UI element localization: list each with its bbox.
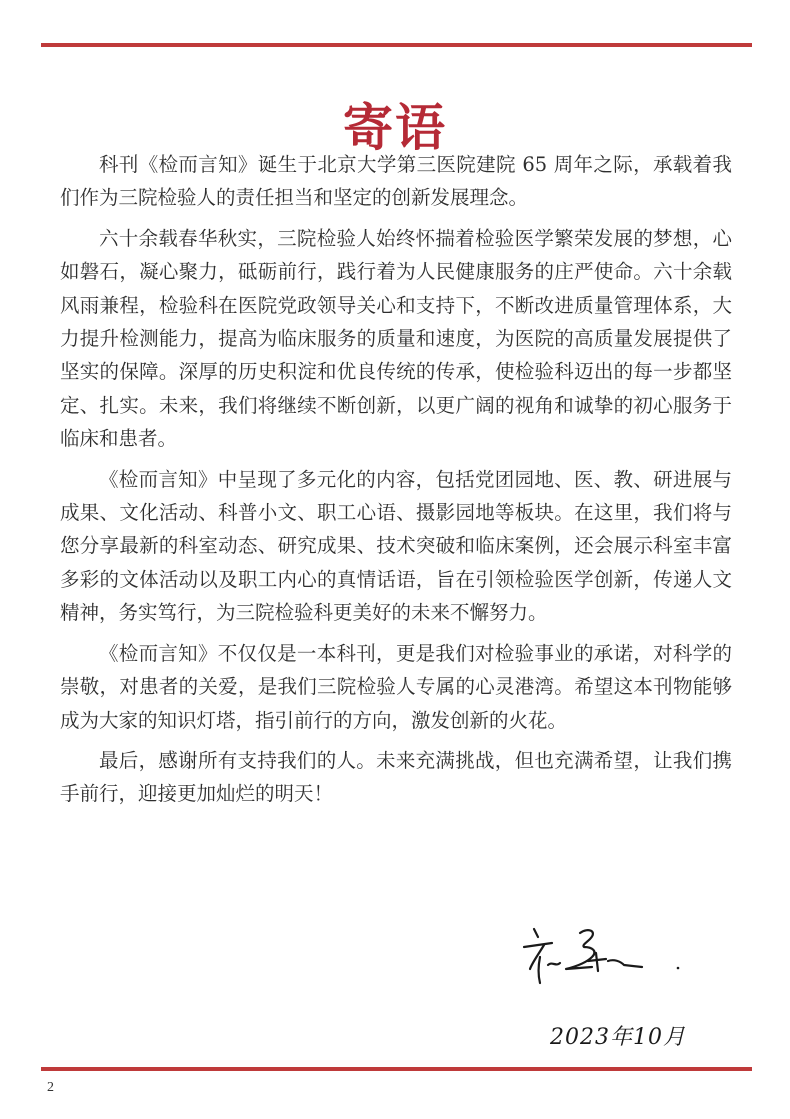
paragraph-content: 《检而言知》中呈现了多元化的内容，包括党团园地、医、教、研进展与成果、文化活动、… [60,463,732,630]
paragraph-history: 六十余载春华秋实，三院检验人始终怀揣着检验医学繁荣发展的梦想，心如磐石，凝心聚力… [60,222,732,456]
bottom-divider-rule [41,1067,752,1071]
paragraph-intro: 科刊《检而言知》诞生于北京大学第三医院建院 65 周年之际，承载着我们作为三院检… [60,148,732,215]
signature-icon [522,925,692,995]
paragraph-commitment: 《检而言知》不仅仅是一本科刊，更是我们对检验事业的承诺，对科学的崇敬，对患者的关… [60,637,732,737]
top-divider-rule [41,43,752,47]
signature-date: 2023年10月 [550,1020,686,1051]
page-number: 2 [47,1080,54,1096]
paragraph-closing: 最后，感谢所有支持我们的人。未来充满挑战，但也充满希望，让我们携手前行，迎接更加… [60,744,732,811]
message-body: 科刊《检而言知》诞生于北京大学第三医院建院 65 周年之际，承载着我们作为三院检… [60,148,732,818]
